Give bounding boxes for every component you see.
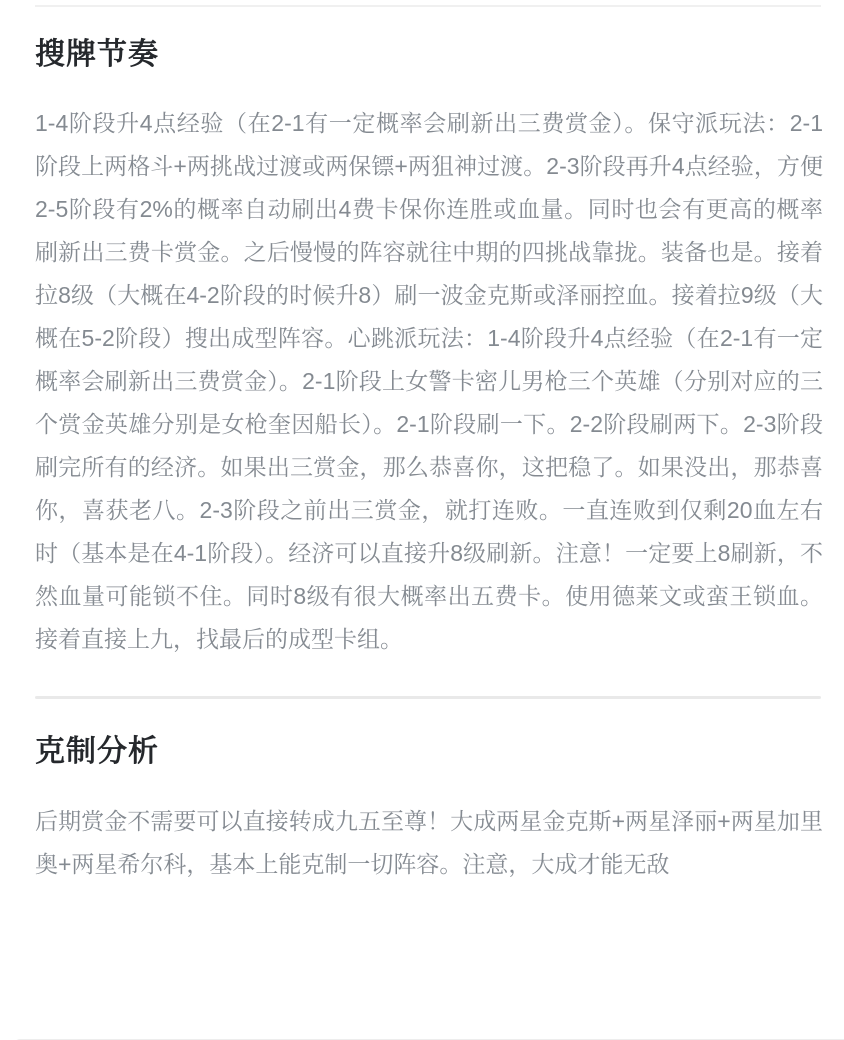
- section-counter-analysis: 克制分析 后期赏金不需要可以直接转成九五至尊！大成两星金克斯+两星泽丽+两星加里…: [35, 735, 823, 886]
- section-body-search-tempo: 1-4阶段升4点经验（在2-1有一定概率会刷新出三费赏金）。保守派玩法：2-1阶…: [35, 102, 823, 661]
- section-divider-middle: [35, 696, 821, 699]
- section-divider-top: [35, 5, 821, 7]
- section-search-tempo: 搜牌节奏 1-4阶段升4点经验（在2-1有一定概率会刷新出三费赏金）。保守派玩法…: [35, 38, 823, 661]
- section-title-counter-analysis: 克制分析: [35, 735, 823, 768]
- article-page: 搜牌节奏 1-4阶段升4点经验（在2-1有一定概率会刷新出三费赏金）。保守派玩法…: [0, 5, 844, 1040]
- section-title-search-tempo: 搜牌节奏: [35, 38, 823, 71]
- section-body-counter-analysis: 后期赏金不需要可以直接转成九五至尊！大成两星金克斯+两星泽丽+两星加里奥+两星希…: [35, 800, 823, 886]
